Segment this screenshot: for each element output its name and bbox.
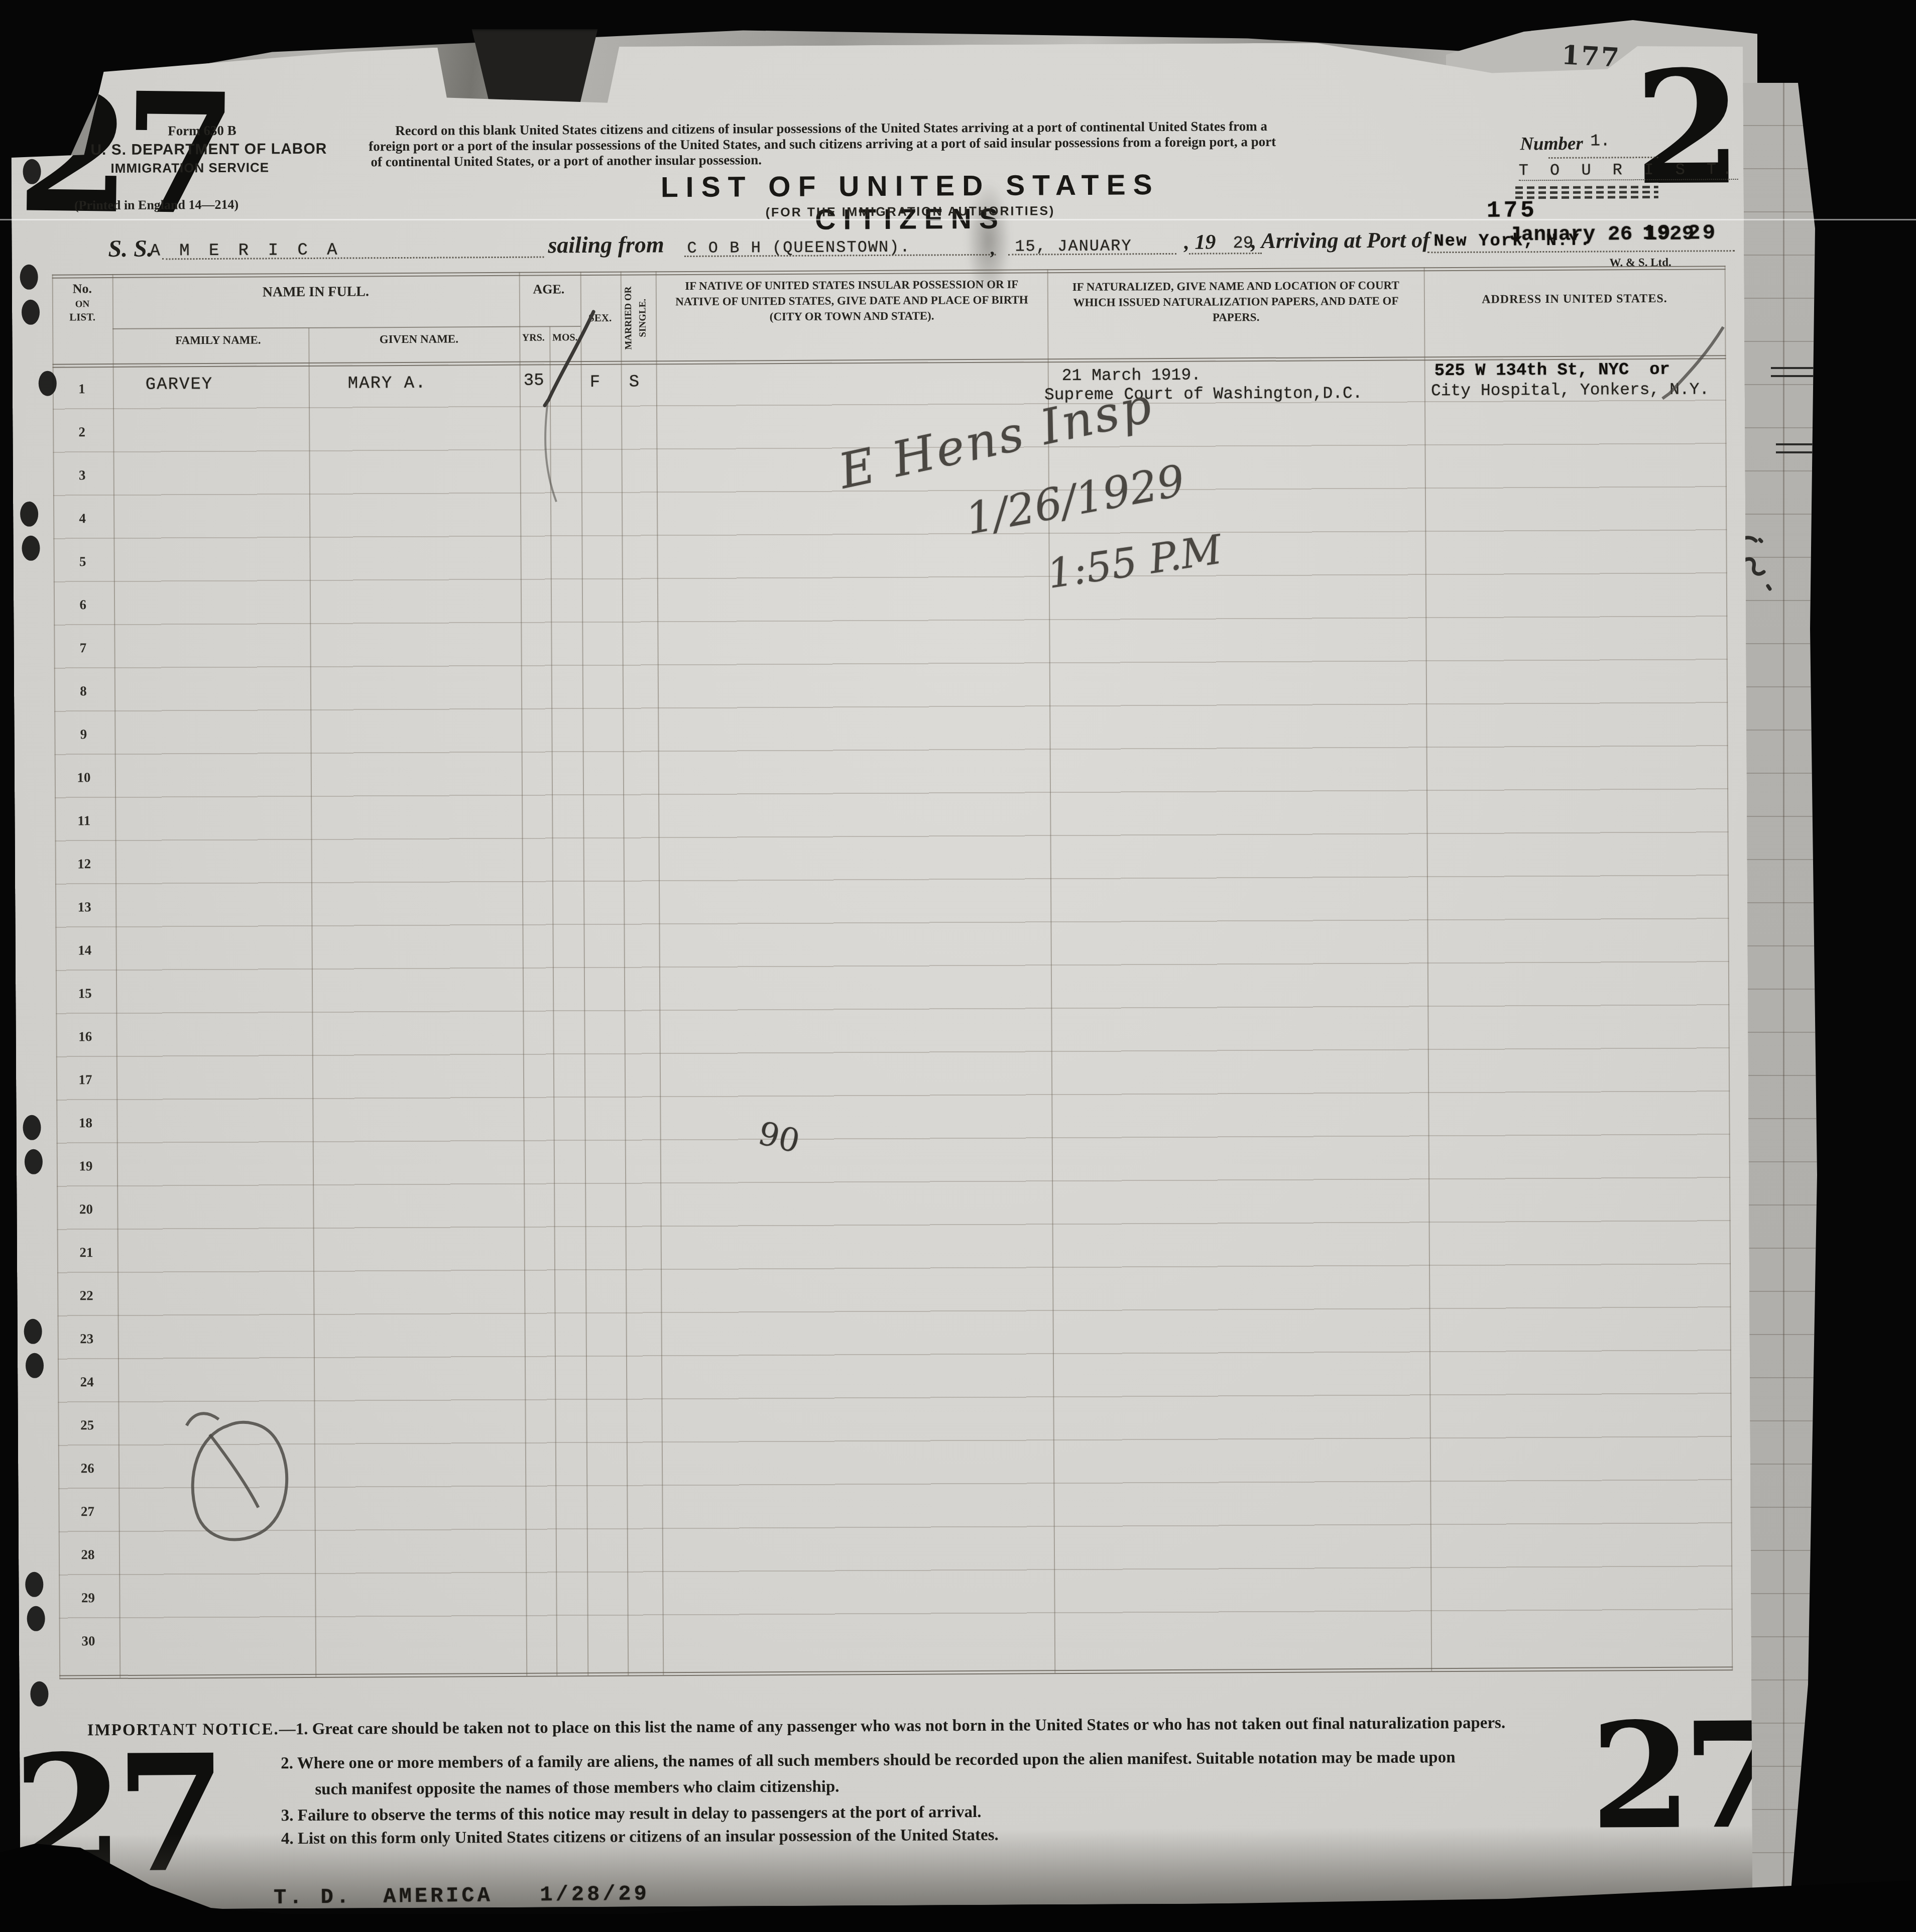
- punch-hole: [20, 502, 38, 527]
- back-sheet-mark: [1776, 443, 1819, 453]
- age-checkmark-tail: [545, 401, 556, 502]
- address-pencil-mark: [1662, 327, 1724, 399]
- punch-hole: [25, 1572, 43, 1597]
- back-sheet-mark: [1771, 367, 1814, 377]
- notice-lead: IMPORTANT NOTICE.: [87, 1720, 279, 1739]
- punch-hole: [20, 265, 38, 290]
- age-checkmark: [544, 312, 594, 406]
- pencil-marks-overlay: [11, 41, 1752, 1910]
- punch-hole: [26, 1353, 44, 1378]
- punch-hole: [27, 1606, 45, 1631]
- punch-hole: [30, 1681, 48, 1707]
- pencil-circle-slash: [210, 1434, 259, 1508]
- punch-hole: [23, 159, 41, 184]
- manifest-page: 27 27 27 27 Form 630 B U. S. DEPARTMENT …: [11, 41, 1752, 1910]
- footer-annotation: T. D. AMERICA 1/28/29: [274, 1882, 650, 1910]
- notice-item2-cont: such manifest opposite the names of thos…: [315, 1777, 839, 1798]
- punch-hole: [23, 1115, 41, 1140]
- notice-item3: 3. Failure to observe the terms of this …: [281, 1803, 982, 1825]
- punch-hole: [24, 1319, 42, 1344]
- pencil-circle-mark: [187, 1413, 287, 1540]
- punch-hole: [25, 1149, 43, 1174]
- punch-hole: [22, 536, 40, 561]
- punch-hole: [39, 371, 57, 396]
- punch-hole: [22, 300, 40, 325]
- scan-artifact-line: [0, 219, 1916, 220]
- punch-hole: [25, 127, 43, 152]
